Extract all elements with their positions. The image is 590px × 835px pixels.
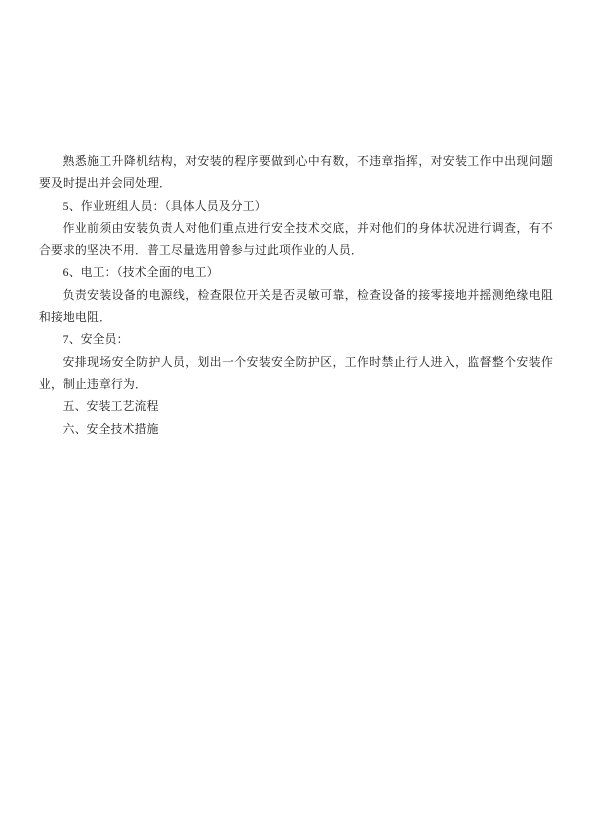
document-text-block: 熟悉施工升降机结构，对安装的程序要做到心中有数，不违章指挥，对安装工作中出现问题…: [39, 150, 553, 440]
item-7-body: 安排现场安全防护人员，划出一个安装安全防护区，工作时禁止行人进入，监督整个安装作…: [39, 351, 553, 396]
item-6-body: 负责安装设备的电源线，检查限位开关是否灵敏可靠，检查设备的接零接地并摇测绝缘电阻…: [39, 284, 553, 329]
item-7-heading: 7、安全员：: [39, 328, 553, 350]
intro-paragraph: 熟悉施工升降机结构，对安装的程序要做到心中有数，不违章指挥，对安装工作中出现问题…: [39, 150, 553, 195]
item-5-heading: 5、作业班组人员：（具体人员及分工）: [39, 195, 553, 217]
item-5-body: 作业前须由安装负责人对他们重点进行安全技术交底，并对他们的身体状况进行调查，有不…: [39, 217, 553, 262]
document-page: 熟悉施工升降机结构，对安装的程序要做到心中有数，不违章指挥，对安装工作中出现问题…: [0, 0, 590, 835]
section-5-heading: 五、安装工艺流程: [39, 395, 553, 417]
item-6-heading: 6、电工：（技术全面的电工）: [39, 261, 553, 283]
section-6-heading: 六、安全技术措施: [39, 418, 553, 440]
